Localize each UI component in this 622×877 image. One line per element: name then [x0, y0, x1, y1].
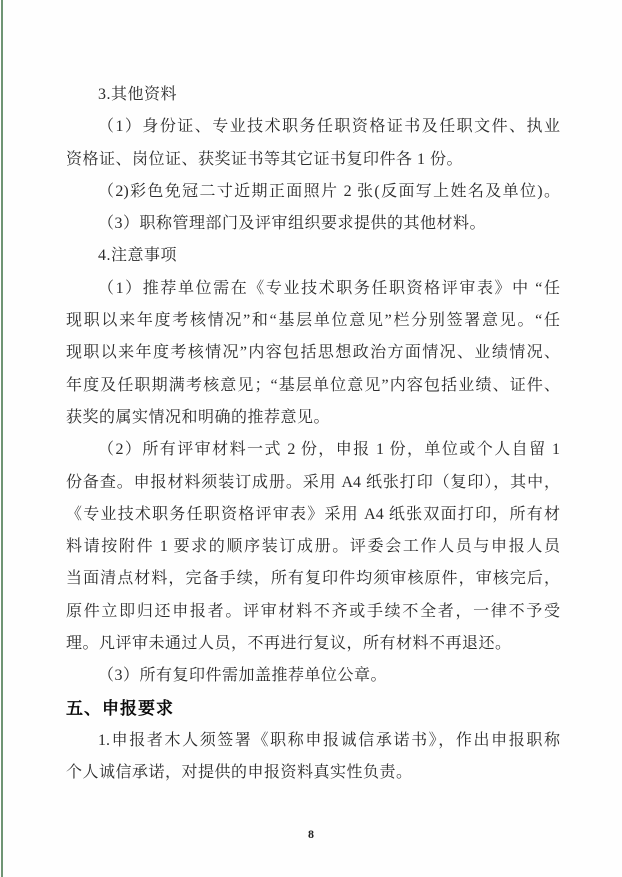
text-line: 现职以来年度考核情况”内容包括思想政治方面情况、业绩情况、	[66, 337, 560, 369]
text-line: 3.其他资料	[66, 79, 560, 111]
text-line: （1）身份证、专业技术职务任职资格证书及任职文件、执业	[66, 111, 560, 143]
text-line: 原件立即归还申报者。评审材料不齐或手续不全者，一律不予受	[66, 596, 560, 628]
text-line: （3）职称管理部门及评审组织要求提供的其他材料。	[66, 208, 560, 240]
text-line: （1）推荐单位需在《专业技术职务任职资格评审表》中 “任	[66, 273, 560, 305]
text-line: 《专业技术职务任职资格评审表》采用 A4 纸张双面打印，所有材	[66, 499, 560, 531]
text-line: 料请按附件 1 要求的顺序装订成册。评委会工作人员与申报人员	[66, 531, 560, 563]
text-line: 个人诚信承诺，对提供的申报资料真实性负责。	[66, 757, 560, 789]
text-line: 资格证、岗位证、获奖证书等其它证书复印件各 1 份。	[66, 144, 560, 176]
document-page: 3.其他资料（1）身份证、专业技术职务任职资格证书及任职文件、执业资格证、岗位证…	[0, 0, 622, 877]
text-line: （2）所有评审材料一式 2 份，申报 1 份，单位或个人自留 1	[66, 434, 560, 466]
text-line: 获奖的属实情况和明确的推荐意见。	[66, 402, 560, 434]
text-line: （2)彩色免冠二寸近期正面照片 2 张(反面写上姓名及单位)。	[66, 176, 560, 208]
scan-edge-artifact-line	[1, 0, 3, 877]
text-line: 理。凡评审未通过人员，不再进行复议，所有材料不再退还。	[66, 628, 560, 660]
text-line: 4.注意事项	[66, 240, 560, 272]
section-heading: 五、申报要求	[66, 693, 560, 725]
text-line: （3）所有复印件需加盖推荐单位公章。	[66, 660, 560, 692]
document-text-block: 3.其他资料（1）身份证、专业技术职务任职资格证书及任职文件、执业资格证、岗位证…	[66, 79, 560, 790]
text-line: 1.申报者木人须签署《职称申报诚信承诺书》，作出申报职称	[66, 725, 560, 757]
page-number: 8	[0, 827, 622, 842]
text-line: 现职以来年度考核情况”和“基层单位意见”栏分别签署意见。“任	[66, 305, 560, 337]
text-line: 份备查。申报材料须装订成册。采用 A4 纸张打印（复印），其中，	[66, 467, 560, 499]
text-line: 当面清点材料，完备手续，所有复印件均须审核原件，审核完后，	[66, 563, 560, 595]
text-line: 年度及任职期满考核意见；“基层单位意见”内容包括业绩、证件、	[66, 370, 560, 402]
